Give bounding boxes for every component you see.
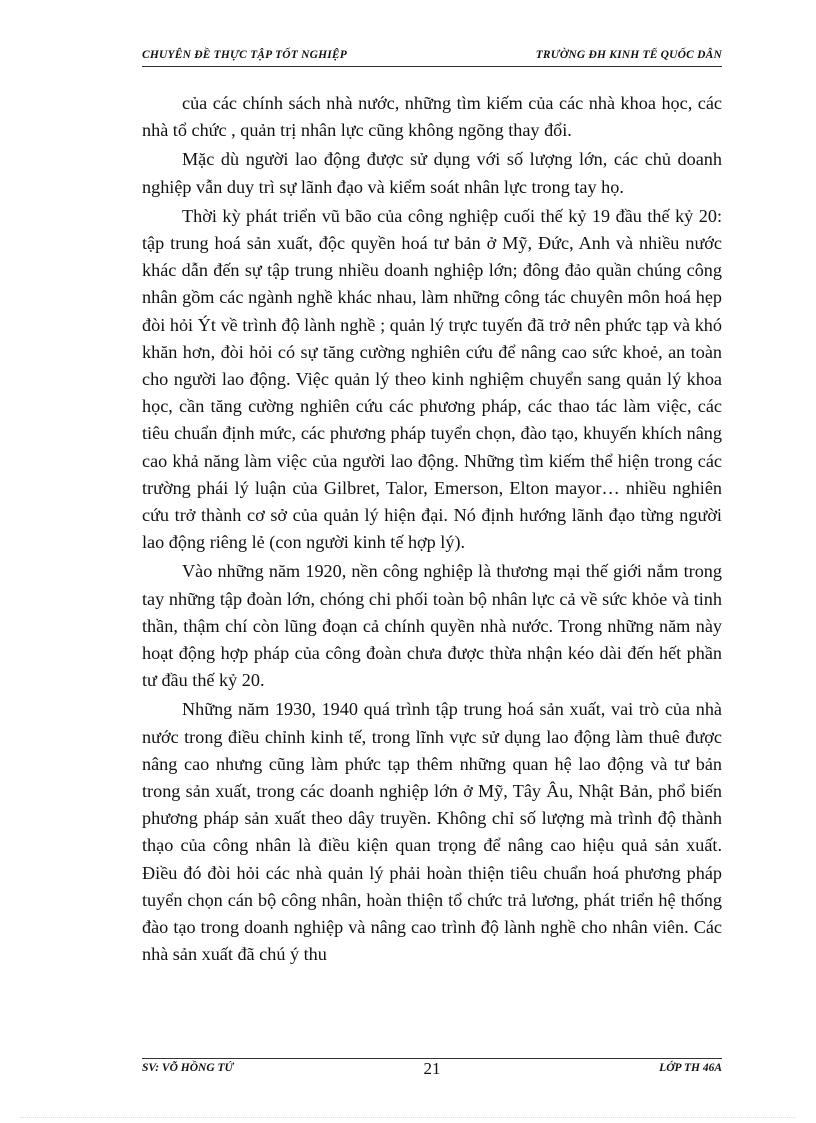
paragraph: Những năm 1930, 1940 quá trình tập trung… [142, 696, 722, 968]
page-edge-divider [20, 1117, 796, 1118]
paragraph: Thời kỳ phát triển vũ bão của công nghiệ… [142, 203, 722, 557]
footer-class-name: LỚP TH 46A [659, 1062, 722, 1074]
header-document-title: CHUYÊN ĐỀ THỰC TẬP TỐT NGHIỆP [142, 49, 347, 61]
page-header: CHUYÊN ĐỀ THỰC TẬP TỐT NGHIỆP TRƯỜNG ĐH … [142, 46, 722, 67]
paragraph: Vào những năm 1920, nền công nghiệp là t… [142, 558, 722, 694]
paragraph: Mặc dù người lao động được sử dụng với s… [142, 146, 722, 200]
paragraph: của các chính sách nhà nước, những tìm k… [142, 90, 722, 144]
page-number: 21 [142, 1059, 722, 1079]
page-footer: SV: VÕ HỒNG TỨ 21 LỚP TH 46A [142, 1058, 722, 1081]
header-university-name: TRƯỜNG ĐH KINH TẾ QUỐC DÂN [536, 49, 722, 61]
document-body: của các chính sách nhà nước, những tìm k… [142, 90, 722, 971]
